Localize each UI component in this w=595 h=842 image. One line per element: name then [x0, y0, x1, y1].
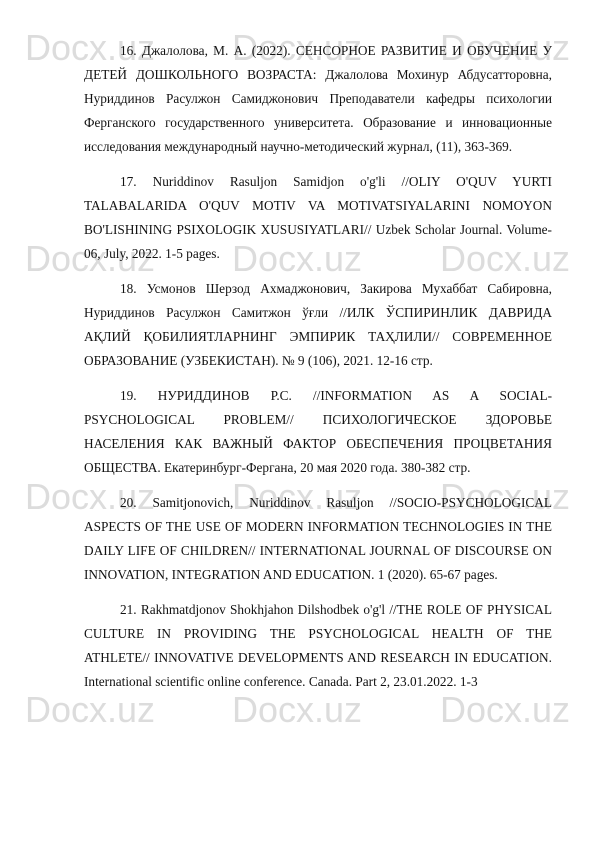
reference-text: Rakhmatdjonov Shokhjahon Dilshodbek o'g'… [84, 602, 552, 689]
document-page: Docx.uz Docx.uz Docx.uz Docx.uz Docx.uz … [0, 0, 595, 842]
reference-number: 19. [120, 388, 137, 403]
reference-text: Nuriddinov Rasuljon Samidjon o'g'li //OL… [84, 174, 552, 261]
reference-item-18: 18. Усмонов Шерзод Ахмаджонович, Закиров… [84, 277, 552, 373]
reference-text: Samitjonovich, Nuriddinov Rasuljon //SOC… [84, 495, 552, 582]
reference-number: 17. [120, 174, 137, 189]
reference-list: 16. Джалолова, М. А. (2022). СЕНСОРНОЕ Р… [84, 39, 552, 705]
reference-item-17: 17. Nuriddinov Rasuljon Samidjon o'g'li … [84, 170, 552, 266]
reference-item-16: 16. Джалолова, М. А. (2022). СЕНСОРНОЕ Р… [84, 39, 552, 159]
reference-number: 20. [120, 495, 137, 510]
reference-number: 16. [120, 43, 137, 58]
reference-number: 21. [120, 602, 137, 617]
reference-number: 18. [120, 281, 137, 296]
reference-text: Джалолова, М. А. (2022). СЕНСОРНОЕ РАЗВИ… [84, 43, 552, 154]
reference-item-19: 19. НУРИДДИНОВ Р.С. //INFORMATION AS A S… [84, 384, 552, 480]
reference-item-20: 20. Samitjonovich, Nuriddinov Rasuljon /… [84, 491, 552, 587]
reference-text: Усмонов Шерзод Ахмаджонович, Закирова Му… [84, 281, 552, 368]
reference-item-21: 21. Rakhmatdjonov Shokhjahon Dilshodbek … [84, 598, 552, 694]
reference-text: НУРИДДИНОВ Р.С. //INFORMATION AS A SOCIA… [84, 388, 552, 475]
